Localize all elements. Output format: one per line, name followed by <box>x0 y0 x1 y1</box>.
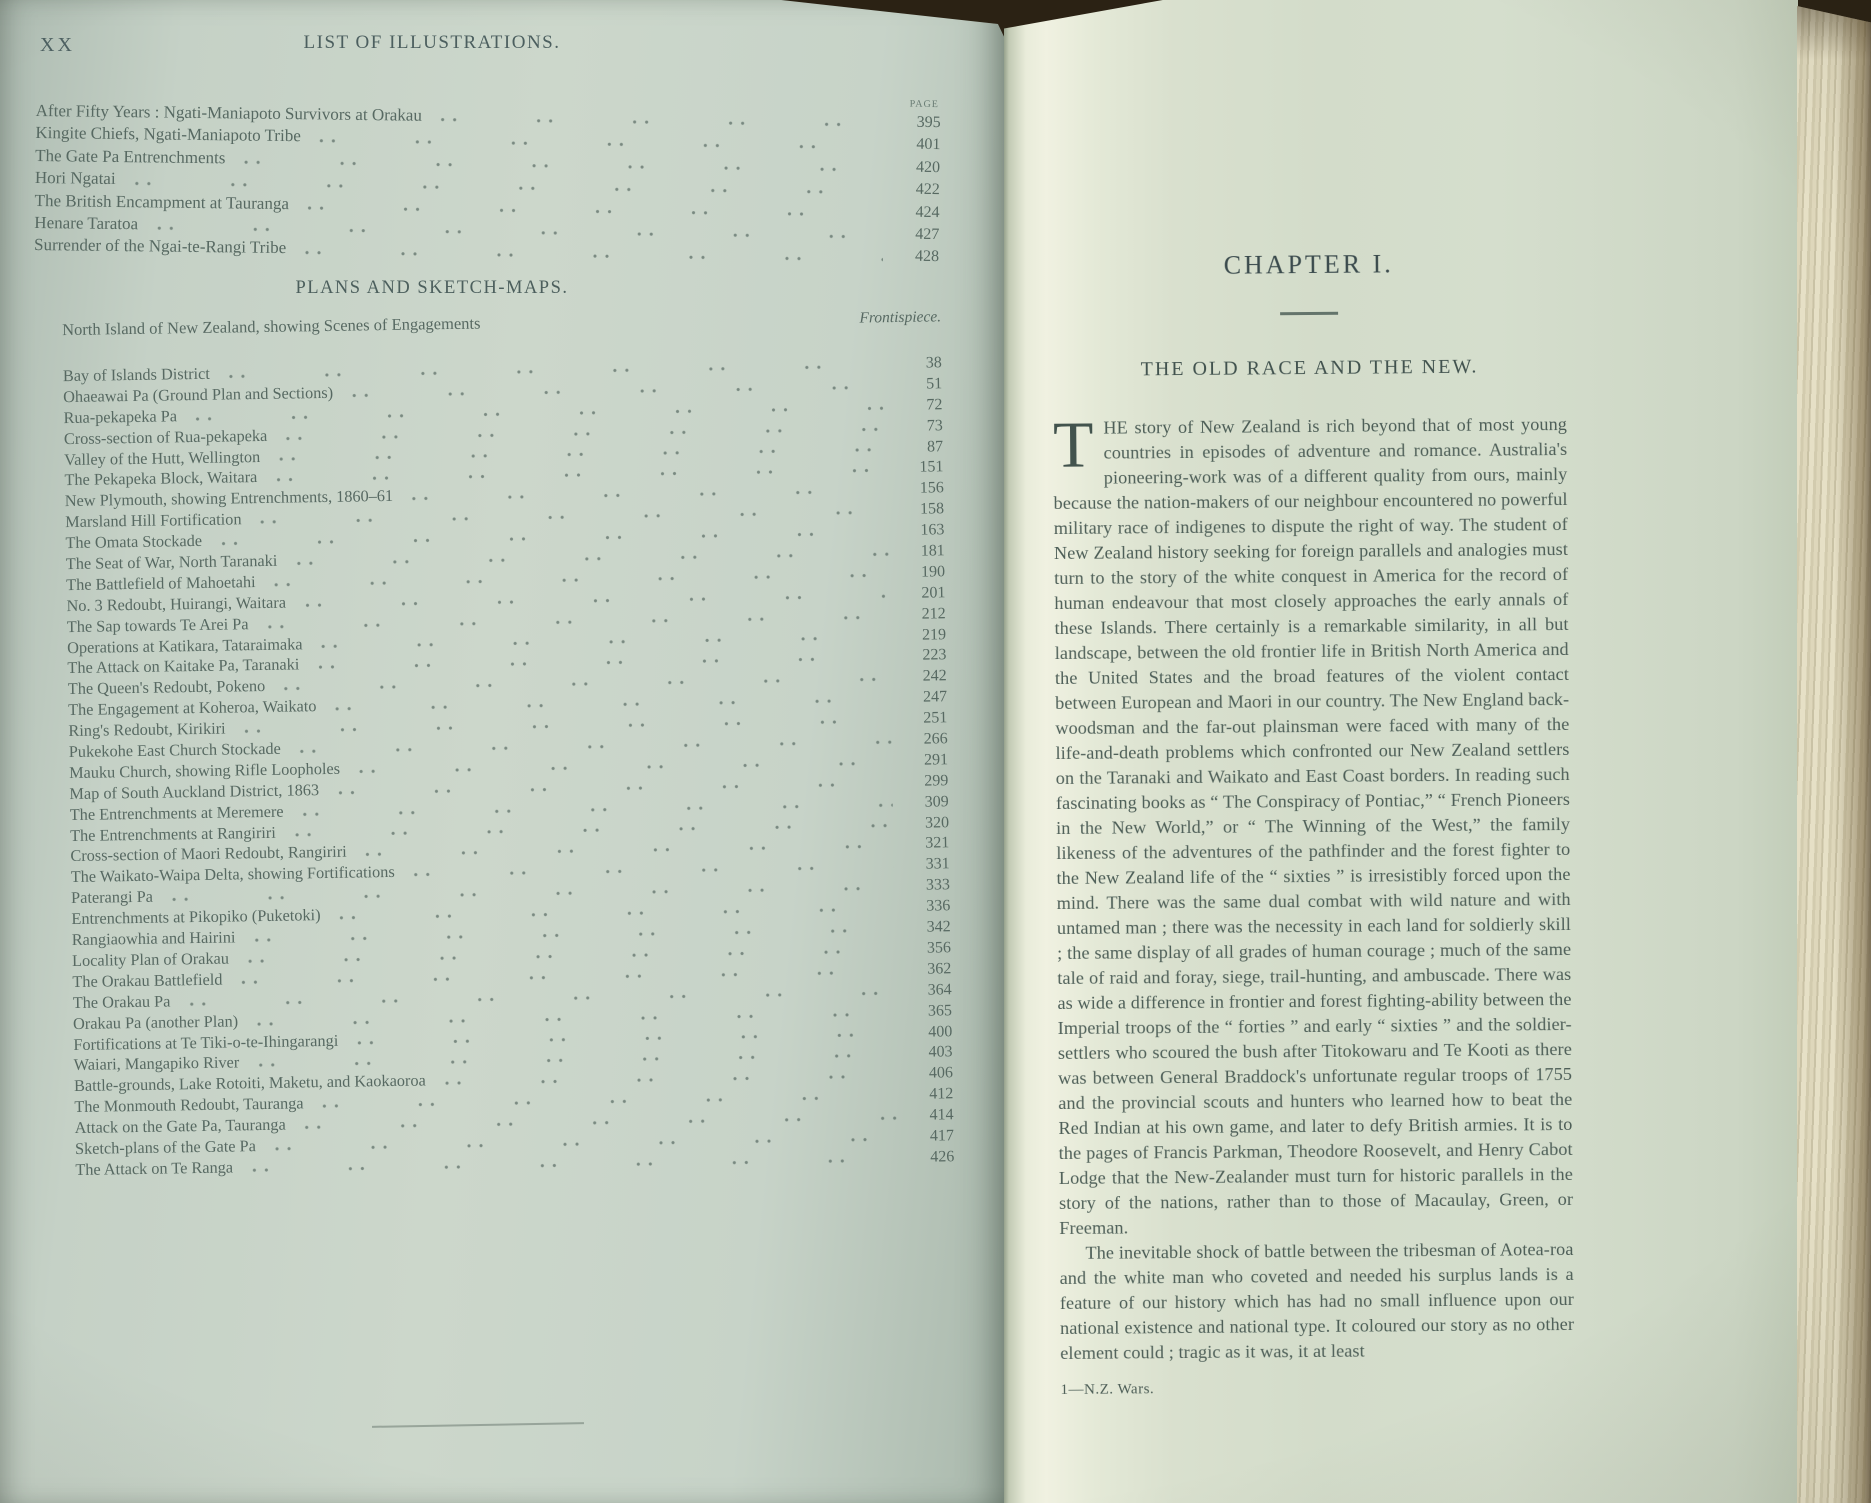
plan-page-number: 299 <box>902 772 948 791</box>
plan-title: The Entrenchments at Rangiriri <box>70 822 276 845</box>
plan-title: The Seat of War, North Taranaki <box>66 551 278 574</box>
plan-title: Orakau Pa (another Plan) <box>73 1011 238 1034</box>
plan-page-number: 356 <box>905 939 951 958</box>
plan-title: Mauku Church, showing Rifle Loopholes <box>69 758 340 782</box>
plan-page-number: 219 <box>900 626 946 645</box>
plan-page-number: 364 <box>906 981 952 1000</box>
plan-page-number: 417 <box>908 1127 954 1146</box>
frontispiece-page: Frontispiece. <box>859 308 941 327</box>
illustration-title: The Gate Pa Entrenchments <box>35 146 225 168</box>
illustration-page-number: 422 <box>894 181 940 200</box>
illustration-page-number: 427 <box>893 225 939 244</box>
illustration-title: Henare Taratoa <box>34 213 138 234</box>
plan-page-number: 336 <box>904 897 950 916</box>
plan-title: Ohaeawai Pa (Ground Plan and Sections) <box>63 382 333 406</box>
frontispiece-title: North Island of New Zealand, showing Sce… <box>62 313 481 340</box>
plan-title: The Pekapeka Block, Waitara <box>64 467 257 490</box>
plan-page-number: 181 <box>899 542 945 561</box>
plan-title: Pukekohe East Church Stockade <box>69 738 281 761</box>
illustrations-list: After Fifty Years : Ngati-Maniapoto Surv… <box>34 101 941 269</box>
plan-page-number: 406 <box>907 1064 953 1083</box>
plan-title: Rangiaowhia and Hairini <box>72 927 236 950</box>
plan-page-number: 158 <box>898 500 944 519</box>
signature-footer: 1—N.Z. Wars. <box>1060 1377 1574 1398</box>
plan-title: Marsland Hill Fortification <box>65 509 242 532</box>
plans-list: Bay of Islands District 38 Ohaeawai Pa (… <box>63 352 955 1180</box>
plan-title: The Omata Stockade <box>65 531 202 553</box>
plan-title: Ring's Redoubt, Kirikiri <box>68 718 225 740</box>
plan-page-number: 426 <box>908 1148 954 1167</box>
plan-title: The Entrenchments at Meremere <box>70 801 284 824</box>
plan-title: Map of South Auckland District, 1863 <box>69 780 319 804</box>
plan-page-number: 321 <box>903 834 949 853</box>
plan-title: The Engagement at Koheroa, Waikato <box>68 696 317 720</box>
open-book-photo: XX LIST OF ILLUSTRATIONS. PAGE After Fif… <box>0 0 1871 1503</box>
illustration-page-number: 420 <box>894 158 940 177</box>
plan-page-number: 362 <box>905 960 951 979</box>
plan-title: No. 3 Redoubt, Huirangi, Waitara <box>66 592 286 615</box>
plan-title: Valley of the Hutt, Wellington <box>64 446 260 469</box>
plan-page-number: 403 <box>906 1043 952 1062</box>
plan-title: Entrenchments at Pikopiko (Puketoki) <box>71 905 320 929</box>
plan-page-number: 309 <box>903 793 949 812</box>
plan-title: Paterangi Pa <box>71 887 153 908</box>
plan-page-number: 400 <box>906 1022 952 1041</box>
plan-page-number: 201 <box>899 584 945 603</box>
illustration-title: After Fifty Years : Ngati-Maniapoto Surv… <box>36 101 422 126</box>
left-page-bottom-rule <box>372 1422 584 1428</box>
plan-page-number: 414 <box>907 1106 953 1125</box>
plan-page-number: 87 <box>897 438 943 457</box>
plan-page-number: 73 <box>897 417 943 436</box>
plan-title: Cross-section of Maori Redoubt, Rangirir… <box>70 842 347 866</box>
plan-page-number: 251 <box>901 709 947 728</box>
illustration-page-number: 428 <box>893 248 939 267</box>
plan-title: Bay of Islands District <box>63 364 210 386</box>
illustration-page-number: 395 <box>895 113 941 132</box>
plans-block: North Island of New Zealand, showing Sce… <box>62 306 954 1180</box>
illustration-title: The British Encampment at Tauranga <box>35 191 290 214</box>
plan-page-number: 365 <box>906 1002 952 1021</box>
plan-title: The Orakau Battlefield <box>72 969 222 991</box>
plan-title: Fortifications at Te Tiki-o-te-Ihingaran… <box>73 1030 338 1054</box>
plan-page-number: 190 <box>899 563 945 582</box>
plan-title: Sketch-plans of the Gate Pa <box>75 1136 256 1159</box>
illustration-title: Kingite Chiefs, Ngati-Maniapoto Tribe <box>35 123 301 146</box>
plan-title: Cross-section of Rua-pekapeka <box>64 425 268 448</box>
plan-page-number: 291 <box>902 751 948 770</box>
chapter-title: THE OLD RACE AND THE NEW. <box>1052 354 1566 381</box>
plan-title: Attack on the Gate Pa, Tauranga <box>75 1114 286 1137</box>
plan-page-number: 242 <box>901 667 947 686</box>
illustration-page-number: 424 <box>893 203 939 222</box>
right-page: CHAPTER I. THE OLD RACE AND THE NEW. THE… <box>1004 0 1798 1503</box>
plan-page-number: 266 <box>902 730 948 749</box>
plan-title: Locality Plan of Orakau <box>72 948 229 970</box>
plan-page-number: 38 <box>896 354 942 373</box>
plan-page-number: 331 <box>904 855 950 874</box>
left-page: XX LIST OF ILLUSTRATIONS. PAGE After Fif… <box>0 0 1008 1503</box>
plan-page-number: 247 <box>901 688 947 707</box>
plan-page-number: 223 <box>900 646 946 665</box>
plan-title: The Attack on Kaitake Pa, Taranaki <box>67 655 299 679</box>
plan-page-number: 333 <box>904 876 950 895</box>
drop-cap: T <box>1053 415 1104 471</box>
right-page-content: CHAPTER I. THE OLD RACE AND THE NEW. THE… <box>1050 0 1576 1503</box>
chapter-heading: CHAPTER I. <box>1052 248 1566 282</box>
plan-page-number: 163 <box>898 521 944 540</box>
plan-page-number: 156 <box>898 479 944 498</box>
plan-title: The Queen's Redoubt, Pokeno <box>68 676 266 699</box>
plan-title: The Monmouth Redoubt, Tauranga <box>74 1093 303 1117</box>
plan-page-number: 342 <box>905 918 951 937</box>
book-fore-edge <box>1797 0 1871 1503</box>
plan-title: Operations at Katikara, Tataraimaka <box>67 634 303 658</box>
plan-title: The Sap towards Te Arei Pa <box>67 614 249 637</box>
page-title: LIST OF ILLUSTRATIONS. <box>36 32 828 54</box>
frontispiece-row: North Island of New Zealand, showing Sce… <box>62 306 941 340</box>
plan-page-number: 412 <box>907 1085 953 1104</box>
chapter-heading-rule <box>1280 312 1338 315</box>
chapter-body: THE story of New Zealand is rich beyond … <box>1053 411 1574 1365</box>
plan-page-number: 72 <box>896 396 942 415</box>
plan-page-number: 320 <box>903 814 949 833</box>
illustration-title: Surrender of the Ngai-te-Rangi Tribe <box>34 235 286 258</box>
left-page-header-row: XX LIST OF ILLUSTRATIONS. <box>36 22 828 66</box>
plan-title: The Battlefield of Mahoetahi <box>66 572 256 595</box>
plan-title: Rua-pekapeka Pa <box>63 406 177 428</box>
plan-page-number: 212 <box>900 605 946 624</box>
paragraph-1-text: HE story of New Zealand is rich beyond t… <box>1053 413 1573 1237</box>
illustration-page-number: 401 <box>894 136 940 155</box>
plans-section-title: PLANS AND SKETCH-MAPS. <box>36 278 828 299</box>
plan-title: Waiari, Mangapiko River <box>74 1053 240 1076</box>
paragraph-2: The inevitable shock of battle between t… <box>1059 1236 1574 1365</box>
left-page-content: XX LIST OF ILLUSTRATIONS. PAGE After Fif… <box>36 22 941 1179</box>
illustrations-block: PAGE After Fifty Years : Ngati-Maniapoto… <box>34 88 941 269</box>
paragraph-1: THE story of New Zealand is rich beyond … <box>1053 411 1573 1240</box>
plan-title: The Attack on Te Ranga <box>75 1157 233 1179</box>
plan-page-number: 51 <box>896 375 942 394</box>
illustration-title: Hori Ngatai <box>35 168 116 189</box>
plan-page-number: 151 <box>897 458 943 477</box>
plan-title: The Orakau Pa <box>73 991 171 1013</box>
